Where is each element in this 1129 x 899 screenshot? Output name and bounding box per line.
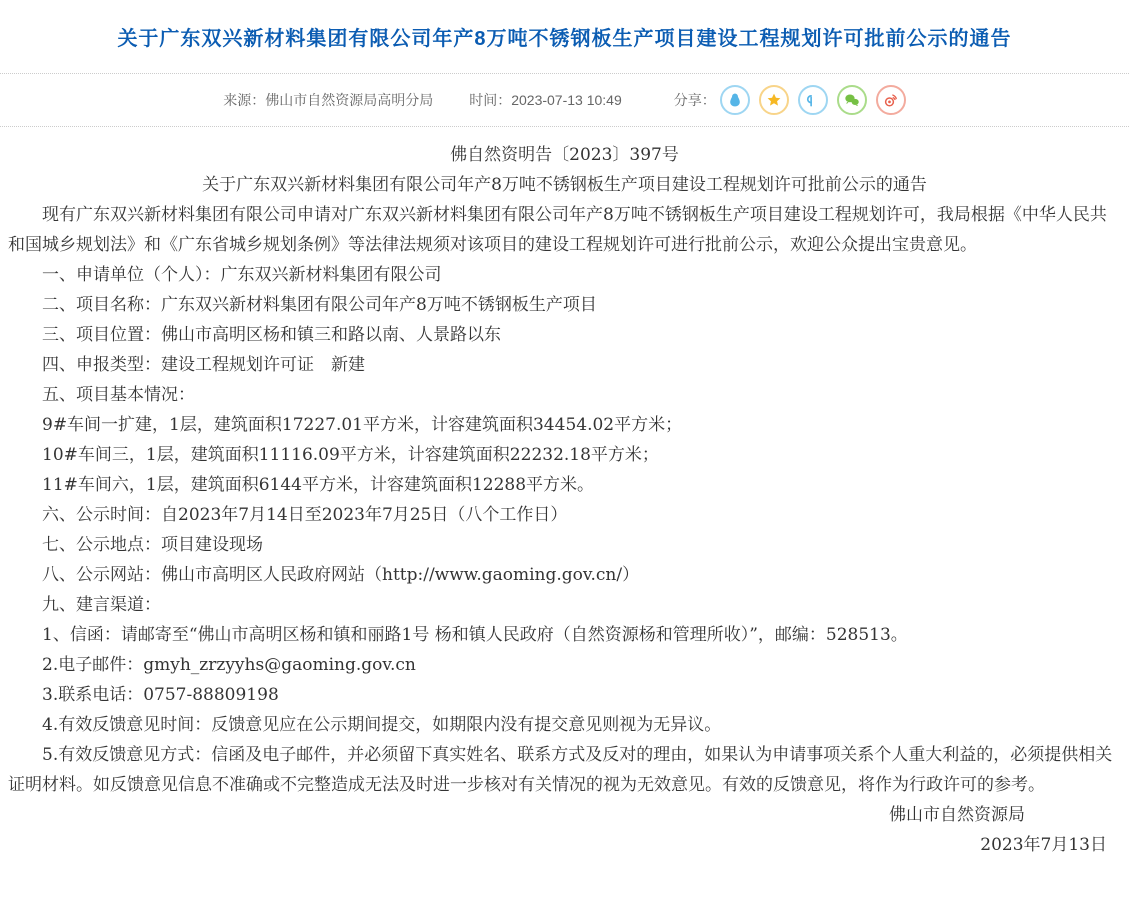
page-header: 关于广东双兴新材料集团有限公司年产8万吨不锈钢板生产项目建设工程规划许可批前公示…: [0, 0, 1129, 74]
source-value: 佛山市自然资源局高明分局: [265, 92, 433, 108]
document-line: 三、项目位置：佛山市高明区杨和镇三和路以南、人景路以东: [8, 320, 1121, 350]
document-line: 九、建言渠道：: [8, 590, 1121, 620]
wechat-icon[interactable]: [837, 85, 867, 115]
time-value: 2023-07-13 10:49: [511, 92, 622, 108]
share-icons: [720, 85, 906, 115]
document-line: 六、公示时间：自2023年7月14日至2023年7月25日（八个工作日）: [8, 500, 1121, 530]
time-text: 时间：2023-07-13 10:49: [469, 90, 622, 110]
document-line: 二、项目名称：广东双兴新材料集团有限公司年产8万吨不锈钢板生产项目: [8, 290, 1121, 320]
document-line: 1、信函：请邮寄至“佛山市高明区杨和镇和丽路1号 杨和镇人民政府（自然资源杨和管…: [8, 620, 1121, 650]
document-line: 佛自然资明告〔2023〕397号: [8, 140, 1121, 170]
qq-share-icon[interactable]: [720, 85, 750, 115]
document-line: 9#车间一扩建，1层，建筑面积17227.01平方米，计容建筑面积34454.0…: [8, 410, 1121, 440]
document-line: 佛山市自然资源局: [8, 800, 1121, 830]
notice-page: 关于广东双兴新材料集团有限公司年产8万吨不锈钢板生产项目建设工程规划许可批前公示…: [0, 0, 1129, 899]
document-line: 4.有效反馈意见时间：反馈意见应在公示期间提交，如期限内没有提交意见则视为无异议…: [8, 710, 1121, 740]
document-line: 一、申请单位（个人）：广东双兴新材料集团有限公司: [8, 260, 1121, 290]
share-label: 分享：: [674, 90, 716, 110]
source-text: 来源：佛山市自然资源局高明分局: [223, 90, 433, 110]
document-line: 11#车间六，1层，建筑面积6144平方米，计容建筑面积12288平方米。: [8, 470, 1121, 500]
document-line: 关于广东双兴新材料集团有限公司年产8万吨不锈钢板生产项目建设工程规划许可批前公示…: [8, 170, 1121, 200]
document-line: 现有广东双兴新材料集团有限公司申请对广东双兴新材料集团有限公司年产8万吨不锈钢板…: [8, 200, 1121, 260]
time-label: 时间：: [469, 92, 511, 108]
tencent-friend-icon[interactable]: [798, 85, 828, 115]
document-body: 佛自然资明告〔2023〕397号关于广东双兴新材料集团有限公司年产8万吨不锈钢板…: [0, 127, 1129, 860]
document-line: 七、公示地点：项目建设现场: [8, 530, 1121, 560]
document-line: 五、项目基本情况：: [8, 380, 1121, 410]
document-line: 2.电子邮件：gmyh_zrzyyhs@gaoming.gov.cn: [8, 650, 1121, 680]
document-line: 5.有效反馈意见方式：信函及电子邮件，并必须留下真实姓名、联系方式及反对的理由，…: [8, 740, 1121, 800]
weibo-icon[interactable]: [876, 85, 906, 115]
document-line: 2023年7月13日: [8, 830, 1121, 860]
document-line: 3.联系电话：0757-88809198: [8, 680, 1121, 710]
page-title: 关于广东双兴新材料集团有限公司年产8万吨不锈钢板生产项目建设工程规划许可批前公示…: [117, 22, 1011, 51]
document-line: 四、申报类型：建设工程规划许可证 新建: [8, 350, 1121, 380]
meta-bar: 来源：佛山市自然资源局高明分局 时间：2023-07-13 10:49 分享：: [0, 74, 1129, 127]
document-line: 10#车间三，1层，建筑面积11116.09平方米，计容建筑面积22232.18…: [8, 440, 1121, 470]
source-label: 来源：: [223, 92, 265, 108]
qzone-star-icon[interactable]: [759, 85, 789, 115]
document-line: 八、公示网站：佛山市高明区人民政府网站（http://www.gaoming.g…: [8, 560, 1121, 590]
